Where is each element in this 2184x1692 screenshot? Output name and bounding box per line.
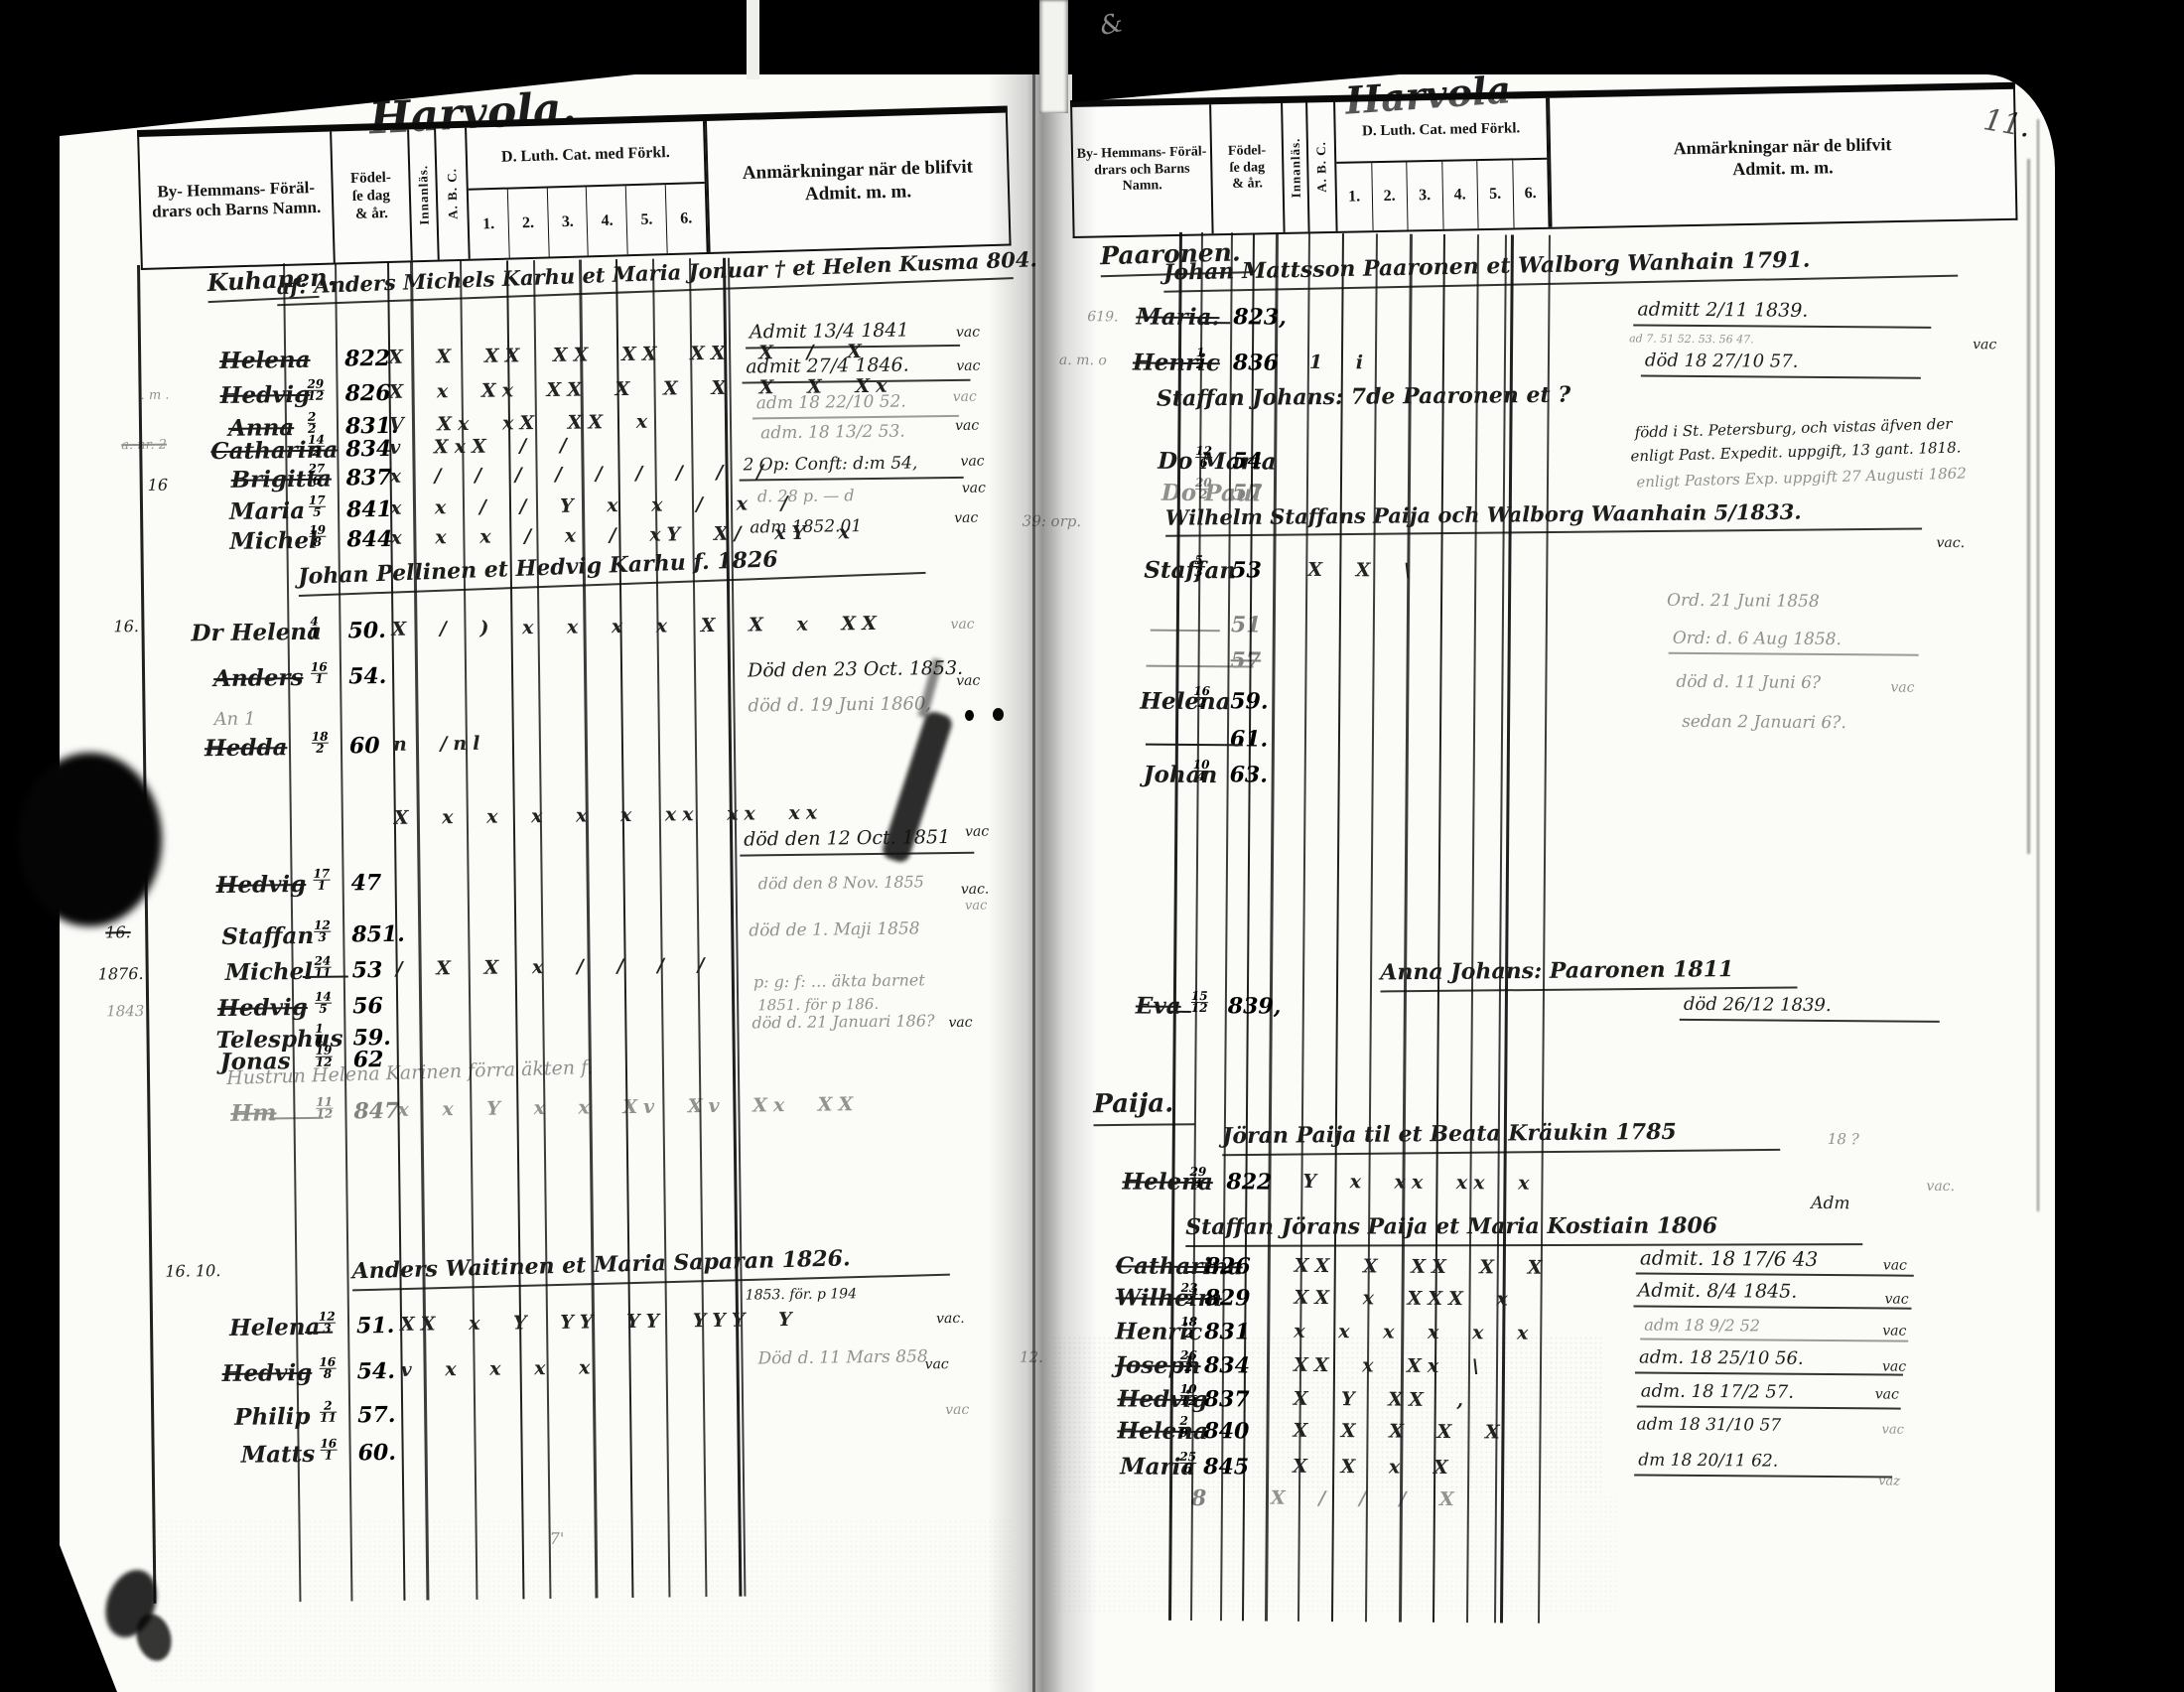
annotation: Ord: d. 6 Aug 1858. [1673,629,1842,649]
birth-year: 53 [1231,557,1262,583]
annotation-text: vac [1890,680,1914,696]
birth-date: 256 [1179,1452,1196,1475]
annotation-text: 12. [1020,1348,1043,1366]
birth-date: 162 [1193,686,1210,709]
section-heading: Jöran Paija til et Beata Kräukin 1785 [1222,1119,1677,1149]
birth-year: 845 [1203,1454,1249,1480]
birth-date: 262 [1180,1350,1197,1373]
section-heading: Paija. [1093,1088,1173,1119]
person-name: Helena [1117,1417,1208,1445]
birth-year: 54 [1232,448,1263,474]
filler-dash [1167,1011,1191,1013]
catechism-marks: XX X XX X X [1295,1255,1549,1279]
ink-dot [993,708,1004,721]
annotation-text: född i St. Petersburg, och vistas äfven … [1634,415,1952,442]
annotation-text: adm. 18 17/2 57. [1641,1381,1794,1403]
catechism-marks: X / / / X [1271,1487,1460,1510]
birth-year: 823, [1233,304,1287,330]
annotation-text: vac. [1936,535,1965,551]
catechism-marks: Y x xx xx x [1302,1171,1535,1195]
ink-dot [965,710,974,721]
person-name: Henric [1133,349,1220,376]
birth-date: 182 [1180,1317,1197,1339]
birth-year: 831 [1204,1319,1250,1344]
grid-rule [1220,232,1233,1621]
catechism-marks: 1 i [1309,352,1369,373]
section-heading: Johan Mattsson Paaronen et Walborg Wanha… [1163,247,1811,286]
birth-year: 837 [1204,1386,1250,1412]
annotation: 18 ? [1828,1130,1859,1148]
heading-underline [1094,1123,1195,1126]
catechism-marks: XX x XXX x [1294,1287,1513,1311]
birth-year: 826 [1205,1253,1251,1279]
annotation-text: adm 18 9/2 52 [1644,1316,1760,1336]
annotation: vac [1890,680,1914,696]
remark-underline [1634,1475,1892,1479]
section-heading: Staffan Johans: 7de Paaronen et ? [1157,382,1571,412]
birth-year: 829 [1204,1285,1250,1311]
annotation-text: admitt 2/11 1839. [1637,298,1808,321]
filler-dash [1151,630,1220,633]
annotation-text: vac [1875,1386,1899,1402]
annotation: Ord. 21 Juni 1858 [1667,591,1820,612]
annotation: enligt Pastors Exp. uppgift 27 Augusti 1… [1636,464,1967,491]
annotation-text: död d. 11 Juni 6? [1676,672,1821,693]
annotation: 39: orp. [1023,512,1082,530]
binding-crease-line [1032,74,1035,1692]
filler-dash [1185,1271,1205,1273]
grid-rule [1242,232,1255,1621]
annotation: adm. 18 17/2 57. [1641,1381,1794,1403]
section-heading-text: Staffan Jörans Paija et Maria Kostiain 1… [1185,1213,1717,1240]
annotation: Adm [1811,1194,1849,1213]
remark-underline [1640,1339,1908,1342]
birth-year: 59. [1230,688,1268,714]
annotation: 12. [1020,1348,1043,1366]
section-heading-text: Wilhelm Staffans Paija och Walborg Waanh… [1165,499,1802,530]
filler-dash [1198,322,1230,324]
birth-date: 29 [1179,1416,1188,1439]
annotation: vac. [1936,535,1965,551]
annotation: dm 18 20/11 62. [1638,1451,1778,1472]
annotation: död 18 27/10 57. [1645,351,1799,372]
annotation: sedan 2 Januari 6?. [1682,712,1846,733]
annotation: vac [1884,1291,1908,1307]
thumb-shadow [18,753,162,926]
annotation: vac [1883,1257,1907,1273]
birth-date: 53 [1194,555,1203,578]
section-heading-text: Paija. [1093,1088,1173,1119]
grid-rule [1365,233,1378,1621]
birth-date: 1012 [1180,1384,1197,1407]
birth-date: 126 [1195,446,1212,469]
section-heading: Wilhelm Staffans Paija och Walborg Waanh… [1165,499,1802,530]
remark-underline [1680,1019,1940,1023]
annotation: adm. 18 25/10 56. [1639,1347,1804,1369]
remark-underline [1633,324,1931,328]
annotation: 619. [1087,309,1118,325]
section-heading-text: Anna Johans: Paaronen 1811 [1380,956,1733,985]
person-name: Staffan [1144,557,1236,585]
annotation: vaz [1878,1474,1900,1488]
annotation-text: Adm [1811,1194,1849,1213]
grid-rule [1331,233,1344,1621]
annotation: admit. 18 17/6 43 [1640,1246,1819,1271]
annotation-text: Admit. 8/4 1845. [1638,1280,1798,1303]
birth-date: 232 [1180,1283,1197,1306]
grid-rule [1265,233,1279,1621]
person-name: Helena [1140,688,1231,716]
catechism-marks: X X x X [1293,1456,1454,1479]
binding-tape [747,0,759,79]
section-heading: Staffan Jörans Paija et Maria Kostiain 1… [1185,1213,1717,1240]
birth-date: 1512 [1191,991,1208,1014]
annotation-text: död 26/12 1839. [1684,994,1832,1016]
page-edge-streak [2037,119,2039,1211]
annotation: vac [1882,1323,1906,1339]
grid-rule [1500,234,1514,1622]
birth-date: 12 [1196,348,1205,370]
page-edge-streak [2027,159,2030,854]
annotation-text: 39: orp. [1023,512,1082,530]
birth-year: 51 [1231,612,1262,637]
grid-rule [1538,235,1551,1623]
birth-year: 840 [1203,1418,1249,1444]
annotation-text: 18 ? [1828,1130,1859,1148]
annotation: Admit. 8/4 1845. [1638,1280,1798,1303]
catechism-marks: X Y XX , [1294,1388,1469,1411]
annotation-text: 619. [1087,309,1118,325]
annotation-text: vac [1973,337,1996,352]
annotation-text: död 18 27/10 57. [1645,351,1799,372]
annotation: enligt Past. Expedit. uppgift, 13 gant. … [1630,438,1961,465]
remark-underline [1636,1273,1914,1277]
heading-underline [1381,986,1798,992]
birth-date: 104 [1193,760,1210,782]
annotation: död d. 11 Juni 6? [1676,672,1821,693]
annotation-text: vaz [1878,1474,1900,1488]
annotation: adm 18 9/2 52 [1644,1316,1760,1336]
catechism-marks: XX x Xx \ [1294,1354,1485,1378]
grid-rule [1433,234,1445,1622]
birth-year: 61. [1230,726,1268,752]
birth-year: 63. [1230,762,1268,787]
annotation: vac. [1926,1179,1955,1195]
person-name: Maria. [1136,304,1219,332]
birth-year: 839, [1228,993,1282,1019]
annotation: ad 7. 51 52. 53. 56 47. [1629,332,1754,346]
annotation-text: vac [1882,1358,1906,1374]
annotation-text: vac [1884,1291,1908,1307]
annotation-text: adm. 18 25/10 56. [1639,1347,1804,1369]
annotation-text: dm 18 20/11 62. [1638,1451,1778,1472]
grid-rule [1466,234,1479,1622]
annotation: född i St. Petersburg, och vistas äfven … [1634,415,1952,442]
person-name: Eva [1136,993,1181,1020]
filler-dash [1146,744,1243,747]
heading-underline [1222,1149,1780,1156]
birth-year: 8 [1191,1485,1207,1511]
filler-dash [1147,665,1254,668]
birth-date: 202 [1195,478,1212,500]
birth-year: 836 [1233,350,1279,375]
remark-underline [1637,1406,1901,1410]
binding-tape [1039,0,1068,113]
annotation: vac [1875,1386,1899,1402]
heading-underline [1165,527,1922,536]
grid-rule [1399,234,1413,1622]
catechism-marks: X X \ [1307,559,1417,582]
stray-scribble: & [1097,8,1126,42]
catechism-marks: X X X X X [1293,1420,1505,1444]
annotation-text: vac [1882,1323,1906,1339]
right-page-entries-layer: Paaronen.Johan Mattsson Paaronen et Walb… [48,67,2056,1692]
annotation-text: vac [1881,1422,1904,1437]
book-spread: 10. 11. Harvola. Harvola By- Hemmans- Fö… [60,74,2055,1692]
annotation: död 26/12 1839. [1684,994,1832,1016]
annotation-text: adm 18 31/10 57 [1636,1415,1781,1436]
annotation-text: Ord. 21 Juni 1858 [1667,591,1820,612]
section-heading-text: Jöran Paija til et Beata Kräukin 1785 [1222,1119,1677,1149]
birth-date: 294 [1189,1167,1206,1190]
section-heading: Anna Johans: Paaronen 1811 [1380,956,1733,985]
annotation: vac [1881,1422,1904,1437]
annotation-text: sedan 2 Januari 6?. [1682,712,1846,733]
annotation: adm 18 31/10 57 [1636,1415,1781,1436]
annotation: vac [1973,337,1996,352]
annotation-text: enligt Past. Expedit. uppgift, 13 gant. … [1630,438,1961,465]
annotation-text: enligt Pastors Exp. uppgift 27 Augusti 1… [1636,464,1967,491]
annotation: vac [1882,1358,1906,1374]
annotation-text: vac [1883,1257,1907,1273]
annotation: admitt 2/11 1839. [1637,298,1808,321]
remark-underline [1669,652,1919,656]
birth-year: 834 [1204,1352,1250,1378]
birth-year: 57 [1230,647,1261,673]
section-heading-text: Staffan Johans: 7de Paaronen et ? [1157,382,1571,412]
remark-underline [1633,1305,1911,1309]
birth-year: 57 [1232,480,1263,505]
annotation-text: ad 7. 51 52. 53. 56 47. [1629,332,1754,346]
annotation-text: admit. 18 17/6 43 [1640,1246,1819,1271]
register-scan: 10. 11. Harvola. Harvola By- Hemmans- Fö… [0,0,2184,1692]
annotation-text: a. m. o [1059,352,1107,368]
catechism-marks: x x x x x x [1294,1321,1534,1344]
remark-underline [1635,1372,1903,1376]
annotation: a. m. o [1059,352,1107,368]
annotation-text: Ord: d. 6 Aug 1858. [1673,629,1842,649]
annotation-text: vac. [1926,1179,1955,1195]
remark-underline [1641,375,1921,379]
grid-rule [1297,233,1310,1621]
birth-year: 822 [1226,1169,1272,1195]
